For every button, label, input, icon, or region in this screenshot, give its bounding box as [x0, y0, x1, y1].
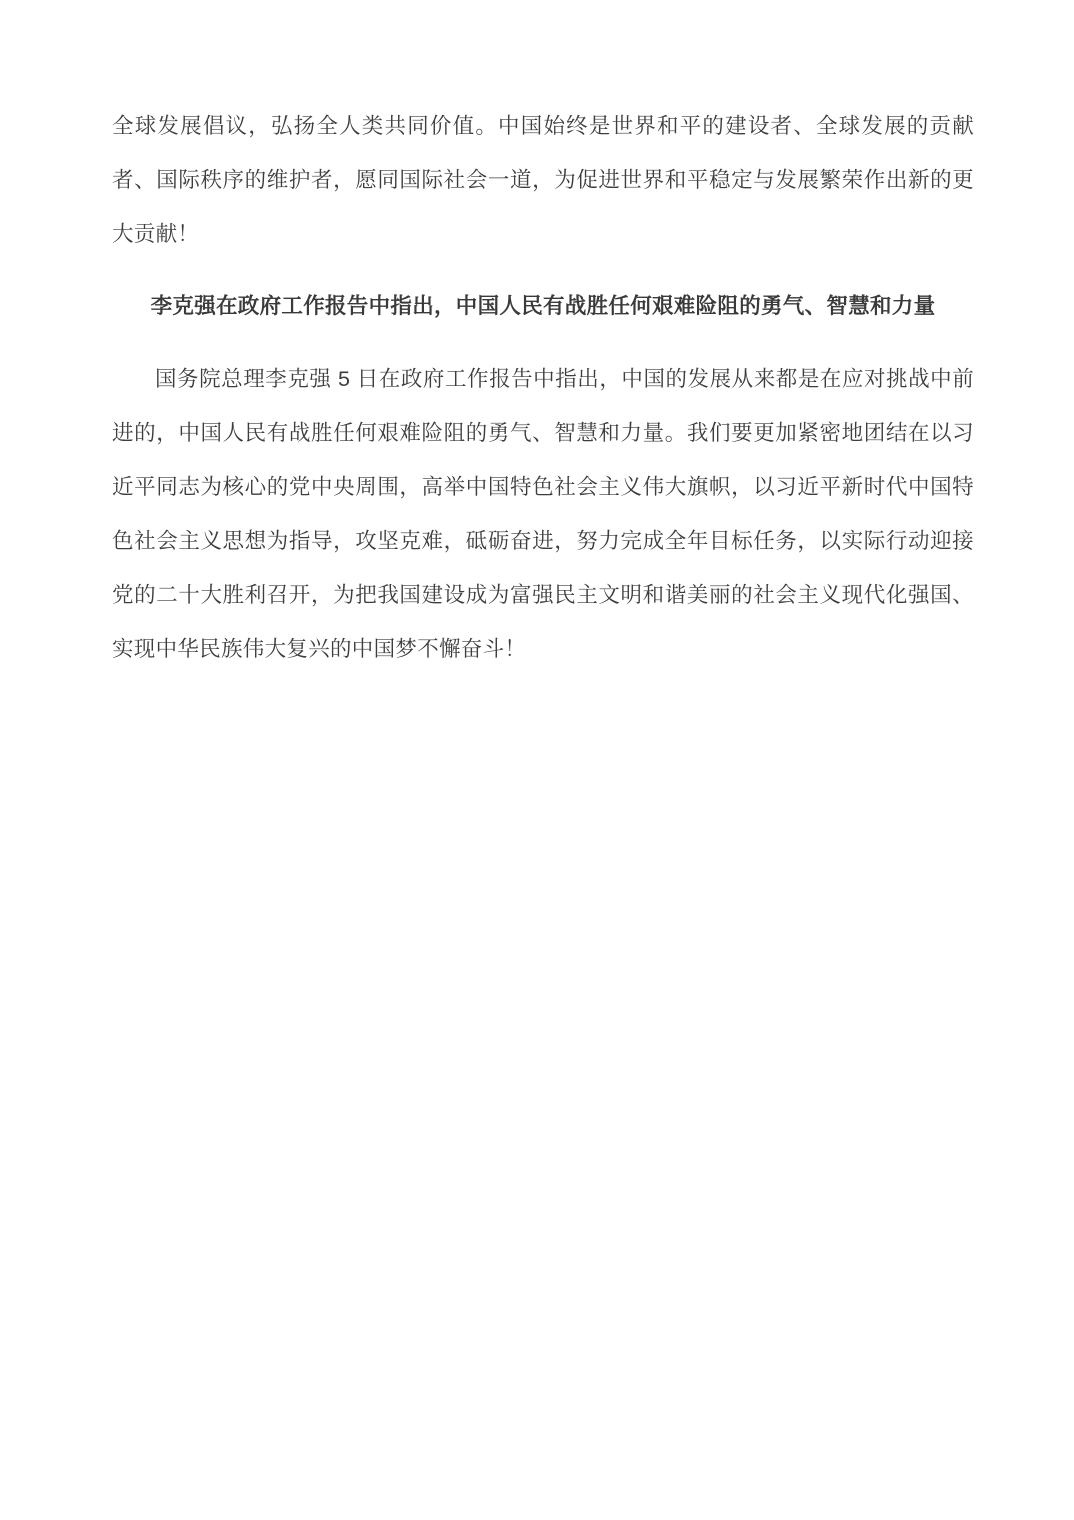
- section-heading: 李克强在政府工作报告中指出，中国人民有战胜任何艰难险阻的勇气、智慧和力量: [112, 279, 974, 333]
- document-page: 全球发展倡议，弘扬全人类共同价值。中国始终是世界和平的建设者、全球发展的贡献者、…: [0, 0, 1074, 1520]
- body-paragraph: 国务院总理李克强 5 日在政府工作报告中指出，中国的发展从来都是在应对挑战中前进…: [112, 352, 974, 676]
- body-paragraph-continuation: 全球发展倡议，弘扬全人类共同价值。中国始终是世界和平的建设者、全球发展的贡献者、…: [112, 99, 974, 261]
